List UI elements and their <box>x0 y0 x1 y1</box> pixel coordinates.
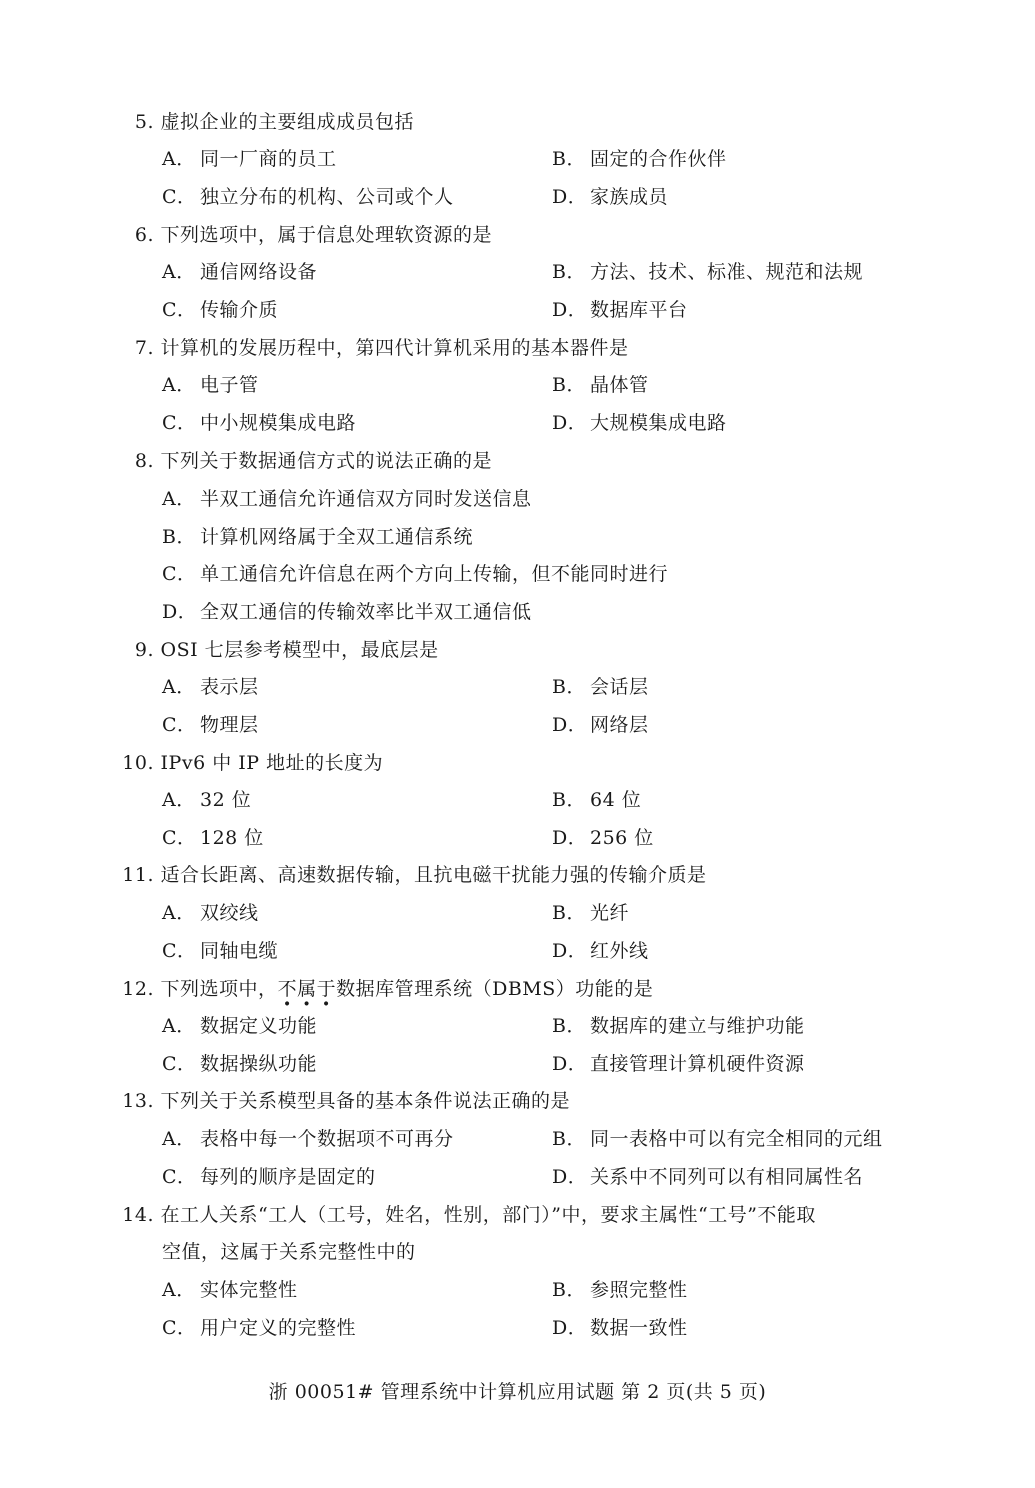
option-letter: C． <box>162 939 200 963</box>
option-b: B．晶体管 <box>552 373 649 397</box>
option-b: B．会话层 <box>552 675 649 699</box>
option-letter: C． <box>162 185 200 209</box>
option-text: 半双工通信允许通信双方同时发送信息 <box>200 488 532 510</box>
option-letter: D． <box>162 600 200 624</box>
option-text: 大规模集成电路 <box>590 412 727 434</box>
emphasized-char: 于 <box>317 978 337 1000</box>
option-text: 数据库平台 <box>590 299 688 321</box>
option-d: D．数据库平台 <box>552 298 688 322</box>
option-letter: B． <box>552 373 590 397</box>
option-b: B．参照完整性 <box>552 1278 688 1302</box>
option-a: A．通信网络设备 <box>162 260 317 284</box>
option-text: 用户定义的完整性 <box>200 1317 356 1339</box>
question-stem: 适合长距离、高速数据传输，且抗电磁干扰能力强的传输介质是 <box>161 864 707 886</box>
option-text: 红外线 <box>590 940 649 962</box>
option-letter: B． <box>162 525 200 549</box>
question-stem: 下列关于关系模型具备的基本条件说法正确的是 <box>161 1090 571 1112</box>
option-text: 计算机网络属于全双工通信系统 <box>200 526 473 548</box>
option-c: C．数据操纵功能 <box>162 1052 317 1076</box>
option-letter: A． <box>162 487 200 511</box>
option-text: 方法、技术、标准、规范和法规 <box>590 261 863 283</box>
option-text: 数据库的建立与维护功能 <box>590 1015 805 1037</box>
option-c: C．用户定义的完整性 <box>162 1316 356 1340</box>
option-letter: B． <box>552 260 590 284</box>
option-a: A．半双工通信允许通信双方同时发送信息 <box>162 487 532 511</box>
option-letter: B． <box>552 147 590 171</box>
question-stem: 计算机的发展历程中，第四代计算机采用的基本器件是 <box>161 337 629 359</box>
option-c: C．同轴电缆 <box>162 939 278 963</box>
option-letter: D． <box>552 1316 590 1340</box>
option-letter: B． <box>552 675 590 699</box>
question-5: 5. 虚拟企业的主要组成成员包括 <box>122 110 414 134</box>
option-c: C．传输介质 <box>162 298 278 322</box>
exam-page: 5. 虚拟企业的主要组成成员包括 A．同一厂商的员工 B．固定的合作伙伴 C．独… <box>0 0 1035 1488</box>
question-number: 13. <box>116 1089 154 1113</box>
option-letter: B． <box>552 1014 590 1038</box>
option-text: 传输介质 <box>200 299 278 321</box>
option-b: B．数据库的建立与维护功能 <box>552 1014 805 1038</box>
option-d: D．全双工通信的传输效率比半双工通信低 <box>162 600 532 624</box>
question-stem: 下列关于数据通信方式的说法正确的是 <box>161 450 493 472</box>
option-text: 中小规模集成电路 <box>200 412 356 434</box>
option-letter: D． <box>552 298 590 322</box>
emphasized-char: 属 <box>297 978 317 1000</box>
option-a: A．电子管 <box>162 373 259 397</box>
option-text: 同一表格中可以有完全相同的元组 <box>590 1128 883 1150</box>
option-a: A．数据定义功能 <box>162 1014 317 1038</box>
question-number: 9. <box>122 638 154 662</box>
option-letter: B． <box>552 1127 590 1151</box>
option-a: A．实体完整性 <box>162 1278 298 1302</box>
option-text: 光纤 <box>590 902 629 924</box>
option-letter: B． <box>552 1278 590 1302</box>
option-d: D．数据一致性 <box>552 1316 688 1340</box>
question-stem: OSI 七层参考模型中，最底层是 <box>161 639 439 661</box>
option-b: B．固定的合作伙伴 <box>552 147 727 171</box>
question-stem-line-2: 空值，这属于关系完整性中的 <box>162 1241 416 1263</box>
option-text: 直接管理计算机硬件资源 <box>590 1053 805 1075</box>
option-text: 表示层 <box>200 676 259 698</box>
option-letter: A． <box>162 260 200 284</box>
question-stem-prefix: 下列选项中， <box>161 978 278 1000</box>
option-text: 全双工通信的传输效率比半双工通信低 <box>200 601 532 623</box>
option-letter: C． <box>162 1316 200 1340</box>
option-letter: D． <box>552 939 590 963</box>
option-letter: A． <box>162 147 200 171</box>
option-text: 256 位 <box>590 827 654 849</box>
option-d: D．关系中不同列可以有相同属性名 <box>552 1165 863 1189</box>
question-7: 7. 计算机的发展历程中，第四代计算机采用的基本器件是 <box>122 336 629 360</box>
option-text: 单工通信允许信息在两个方向上传输，但不能同时进行 <box>200 563 668 585</box>
option-d: D．网络层 <box>552 713 649 737</box>
question-number: 6. <box>122 223 154 247</box>
option-c: C．独立分布的机构、公司或个人 <box>162 185 454 209</box>
option-letter: D． <box>552 826 590 850</box>
option-text: 每列的顺序是固定的 <box>200 1166 376 1188</box>
option-letter: C． <box>162 713 200 737</box>
page-footer: 浙 00051# 管理系统中计算机应用试题 第 2 页(共 5 页) <box>0 1380 1035 1404</box>
question-stem: IPv6 中 IP 地址的长度为 <box>161 752 384 774</box>
option-text: 数据操纵功能 <box>200 1053 317 1075</box>
option-a: A．32 位 <box>162 788 251 812</box>
question-number: 10. <box>116 751 154 775</box>
option-text: 固定的合作伙伴 <box>590 148 727 170</box>
option-text: 64 位 <box>590 789 641 811</box>
option-letter: D． <box>552 411 590 435</box>
option-letter: C． <box>162 298 200 322</box>
option-text: 数据定义功能 <box>200 1015 317 1037</box>
option-letter: D． <box>552 713 590 737</box>
option-letter: A． <box>162 373 200 397</box>
option-text: 会话层 <box>590 676 649 698</box>
option-text: 独立分布的机构、公司或个人 <box>200 186 454 208</box>
option-b: B．计算机网络属于全双工通信系统 <box>162 525 473 549</box>
question-6: 6. 下列选项中，属于信息处理软资源的是 <box>122 223 492 247</box>
option-d: D．家族成员 <box>552 185 668 209</box>
option-text: 数据一致性 <box>590 1317 688 1339</box>
option-text: 通信网络设备 <box>200 261 317 283</box>
option-text: 参照完整性 <box>590 1279 688 1301</box>
option-letter: A． <box>162 1014 200 1038</box>
option-a: A．同一厂商的员工 <box>162 147 337 171</box>
option-b: B．方法、技术、标准、规范和法规 <box>552 260 863 284</box>
option-d: D．大规模集成电路 <box>552 411 727 435</box>
question-10: 10. IPv6 中 IP 地址的长度为 <box>116 751 383 775</box>
emphasized-char: 不 <box>278 978 298 1000</box>
option-letter: C． <box>162 826 200 850</box>
question-number: 11. <box>116 863 154 887</box>
option-text: 表格中每一个数据项不可再分 <box>200 1128 454 1150</box>
option-letter: B． <box>552 901 590 925</box>
option-text: 晶体管 <box>590 374 649 396</box>
option-c: C．物理层 <box>162 713 259 737</box>
option-text: 同一厂商的员工 <box>200 148 337 170</box>
option-letter: D． <box>552 1165 590 1189</box>
option-letter: A． <box>162 1278 200 1302</box>
option-text: 电子管 <box>200 374 259 396</box>
question-stem: 下列选项中，属于信息处理软资源的是 <box>161 224 493 246</box>
question-stem-suffix: 数据库管理系统（DBMS）功能的是 <box>336 978 653 1000</box>
option-text: 128 位 <box>200 827 264 849</box>
option-text: 家族成员 <box>590 186 668 208</box>
option-c: C．每列的顺序是固定的 <box>162 1165 376 1189</box>
question-stem-line-1: 在工人关系“工人（工号，姓名，性别，部门）”中，要求主属性“工号”不能取 <box>161 1204 816 1226</box>
option-b: B．64 位 <box>552 788 641 812</box>
question-9: 9. OSI 七层参考模型中，最底层是 <box>122 638 439 662</box>
option-b: B．同一表格中可以有完全相同的元组 <box>552 1127 883 1151</box>
option-c: C．单工通信允许信息在两个方向上传输，但不能同时进行 <box>162 562 668 586</box>
option-letter: A． <box>162 1127 200 1151</box>
option-letter: A． <box>162 788 200 812</box>
question-number: 8. <box>122 449 154 473</box>
question-13: 13. 下列关于关系模型具备的基本条件说法正确的是 <box>116 1089 570 1113</box>
option-d: D．直接管理计算机硬件资源 <box>552 1052 805 1076</box>
question-number: 14. <box>116 1203 154 1227</box>
option-text: 实体完整性 <box>200 1279 298 1301</box>
question-14: 14. 在工人关系“工人（工号，姓名，性别，部门）”中，要求主属性“工号”不能取 <box>116 1203 816 1227</box>
option-text: 32 位 <box>200 789 251 811</box>
question-12: 12. 下列选项中，不属于数据库管理系统（DBMS）功能的是 <box>116 977 653 1001</box>
option-a: A．表格中每一个数据项不可再分 <box>162 1127 454 1151</box>
question-stem: 虚拟企业的主要组成成员包括 <box>161 111 415 133</box>
option-text: 关系中不同列可以有相同属性名 <box>590 1166 863 1188</box>
question-number: 5. <box>122 110 154 134</box>
question-number: 7. <box>122 336 154 360</box>
option-letter: A． <box>162 901 200 925</box>
option-b: B．光纤 <box>552 901 629 925</box>
option-text: 物理层 <box>200 714 259 736</box>
option-letter: C． <box>162 562 200 586</box>
option-letter: C． <box>162 1165 200 1189</box>
option-a: A．表示层 <box>162 675 259 699</box>
option-letter: C． <box>162 1052 200 1076</box>
option-letter: B． <box>552 788 590 812</box>
option-c: C．中小规模集成电路 <box>162 411 356 435</box>
option-c: C．128 位 <box>162 826 264 850</box>
option-text: 同轴电缆 <box>200 940 278 962</box>
question-14-continuation: 空值，这属于关系完整性中的 <box>162 1240 416 1264</box>
option-letter: D． <box>552 185 590 209</box>
option-d: D．红外线 <box>552 939 649 963</box>
option-letter: C． <box>162 411 200 435</box>
option-text: 双绞线 <box>200 902 259 924</box>
option-d: D．256 位 <box>552 826 654 850</box>
question-11: 11. 适合长距离、高速数据传输，且抗电磁干扰能力强的传输介质是 <box>116 863 707 887</box>
question-number: 12. <box>116 977 154 1001</box>
option-text: 网络层 <box>590 714 649 736</box>
option-letter: D． <box>552 1052 590 1076</box>
option-letter: A． <box>162 675 200 699</box>
question-8: 8. 下列关于数据通信方式的说法正确的是 <box>122 449 492 473</box>
option-a: A．双绞线 <box>162 901 259 925</box>
